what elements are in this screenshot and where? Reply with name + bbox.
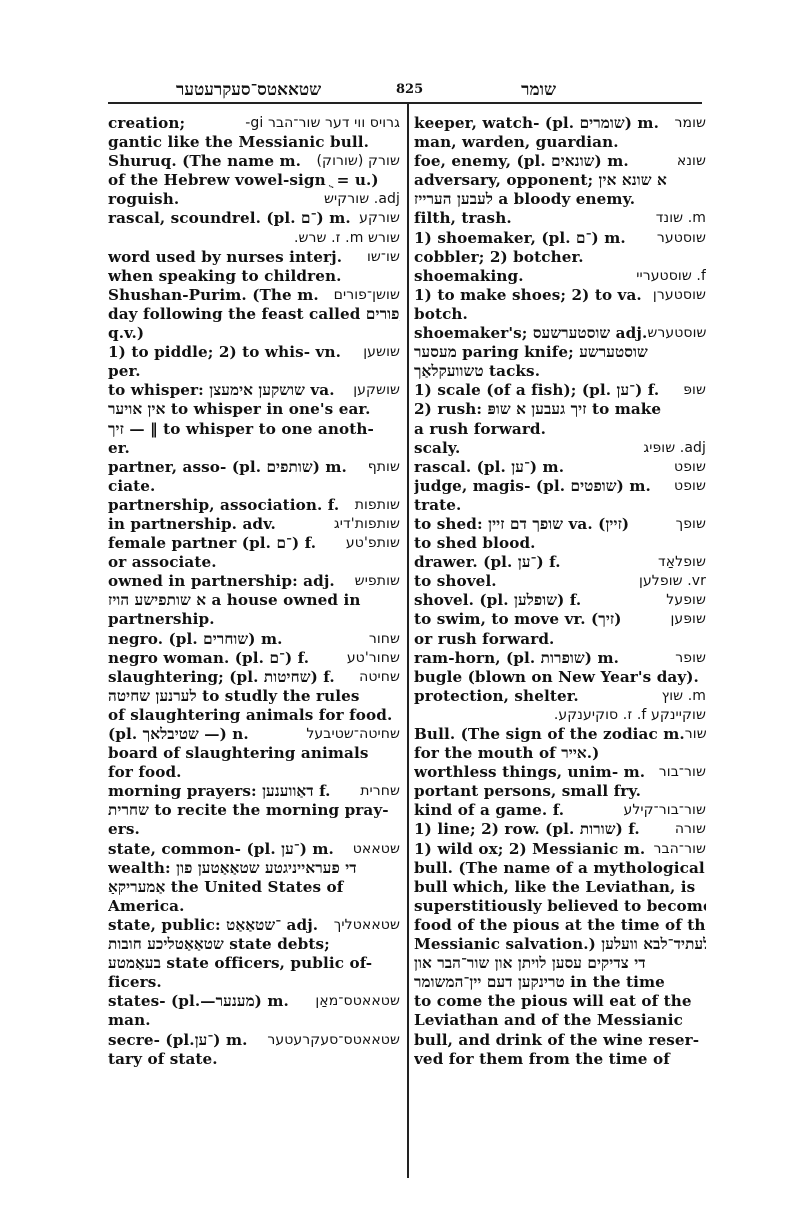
entry-definition: to swim, to move vr. (זיך) [414,610,622,629]
dictionary-line: word used by nurses interj.שו־שו [108,248,400,267]
entry-definition: for the mouth of אייר.) [414,744,599,762]
entry-definition: bugle (blown on New Year's day). [414,668,699,686]
entry-headword: שופּ [683,381,706,400]
entry-definition: negro. (pl. שוחרים) m. [108,630,283,649]
dictionary-line: partner, asso- (pl. שותפים) m.שותף [108,458,400,477]
entry-definition: bull. (The name of a mythological [414,859,705,877]
entry-definition: ficers. [108,973,162,991]
entry-definition: טרינקען דעם יין־המשומר in the time [414,973,665,991]
dictionary-line: to shed blood. [414,534,706,553]
entry-definition: מעסער paring knife; שוסטערשע [414,343,648,361]
entry-definition: kind of a game. f. [414,801,564,820]
dictionary-line: America. [108,897,400,916]
entry-definition: superstitiously believed to become the [414,897,706,915]
entry-definition: 1) wild ox; 2) Messianic m. [414,840,645,859]
running-header: שטאאטס־סעקרעטער 825 שומר [108,76,702,104]
dictionary-line: rascal. (pl. ־ען) m.שופט [414,458,706,477]
entry-headword: שושן־פורים [334,286,400,305]
entry-headword: שורק (שורוק) [316,152,400,171]
dictionary-line: adversary, opponent; א שונא אין [414,171,706,190]
entry-definition: foe, enemy, (pl. שונאים) m. [414,152,629,171]
dictionary-line: when speaking to children. [108,267,400,286]
entry-definition: בעאַמטע state officers, public of- [108,954,372,972]
entry-definition: gantic like the Messianic bull. [108,133,369,151]
entry-definition: זיך — ‖ to whisper to one anoth- [108,420,374,438]
entry-definition: a rush forward. [414,420,546,438]
dictionary-line: to whisper: שושקען אימעצן va.שושקען [108,381,400,400]
entry-definition: wealth: די פעראייניגטע שטאַאַטען פון [108,859,357,877]
entry-definition: לערנען שחיטה to studly the rules [108,687,360,705]
entry-headword: גרויס ווי דער שור־הבר gi- [245,114,400,133]
dictionary-line: of the Hebrew vowel-sign ֻ = u.) [108,171,400,190]
entry-definition: to come the pious will eat of the [414,992,692,1010]
dictionary-line: מעסער paring knife; שוסטערשע [414,343,706,362]
dictionary-line: שטאַאַטליכע חובות state debts; [108,935,400,954]
entry-definition: ved for them from the time of [414,1050,670,1068]
dictionary-line: drawer. (pl. ־ען) f.שופלאַד [414,553,706,572]
left-column: creation;גרויס ווי דער שור־הבר gi-gantic… [108,114,400,1069]
entry-definition: rascal. (pl. ־ען) m. [414,458,564,477]
entry-definition: or associate. [108,553,217,571]
entry-definition: trate. [414,496,461,514]
entry-definition: (pl. שטיבלאך —) n. [108,725,249,744]
dictionary-line: to shovel.vr. שופלען [414,572,706,591]
entry-headword: שותפות [355,496,400,515]
entry-headword: vr. שופלען [639,572,706,591]
dictionary-line: לערנען שחיטה to studly the rules [108,687,400,706]
dictionary-line: 1) to piddle; 2) to whis- vn.שושען [108,343,400,362]
entry-definition: word used by nurses interj. [108,248,342,267]
dictionary-line: day following the feast called פורים, [108,305,400,324]
dictionary-line: board of slaughtering animals [108,744,400,763]
entry-definition: Bull. (The sign of the zodiac m. [414,725,685,744]
entry-definition: Shushan-Purim. (The m. [108,286,319,305]
dictionary-line: tary of state. [108,1050,400,1069]
entry-definition: שטאַאַטליכע חובות state debts; [108,935,330,953]
entry-definition: er. [108,439,130,457]
entry-definition: partnership. [108,610,215,628]
dictionary-line: state, common- (pl. ־ען) m.שטאאט [108,840,400,859]
entry-definition: state, public: ־שטאַאַט adj. [108,916,318,935]
entry-headword: שוקיינקע f. ז. סוקיענקע. [554,706,706,725]
dictionary-line: שוקיינקע f. ז. סוקיענקע. [414,706,706,725]
dictionary-line: 1) shoemaker, (pl. ־ם) m.שוסטער [414,229,706,248]
entry-definition: ciate. [108,477,155,495]
entry-definition: man. [108,1011,151,1029]
entry-headword: שחור [369,630,400,649]
dictionary-line: טרינקען דעם יין־המשומר in the time [414,973,706,992]
entry-definition: Messianic salvation.) לעתיד־לבא וועלען [414,935,706,953]
entry-headword: שושען [363,343,400,362]
entry-definition: shovel. (pl. שופלען) f. [414,591,581,610]
entry-definition: 1) shoemaker, (pl. ־ם) m. [414,229,626,248]
entry-definition: אַמעריקאַ the United States of [108,878,343,896]
dictionary-line: in partnership. adv.שותפות'דיג [108,515,400,534]
entry-definition: rascal, scoundrel. (pl. ־ם) m. [108,209,351,228]
entry-definition: in partnership. adv. [108,515,276,534]
entry-definition: ers. [108,820,140,838]
entry-definition: די צדיקים עסען לויתן און שור־הבר און [414,954,646,972]
dictionary-line: kind of a game. f.שור־בור־קילע [414,801,706,820]
dictionary-line: scaly.adj. שופּיג [414,439,706,458]
entry-definition: filth, trash. [414,209,512,228]
dictionary-line: or associate. [108,553,400,572]
entry-definition: states- (pl.—מענער) m. [108,992,289,1011]
entry-definition: ram-horn, (pl. שופרות) m. [414,649,619,668]
entry-definition: to shed blood. [414,534,536,552]
dictionary-line: q.v.) [108,324,400,343]
entry-headword: שטאאט [353,840,400,859]
entry-definition: scaly. [414,439,460,458]
dictionary-line: worthless things, unim- m.שור־בור [414,763,706,782]
dictionary-line: שחרית to recite the morning pray- [108,801,400,820]
dictionary-line: secre- (pl.־ען) m.שטאאטס־סעקרעטער [108,1031,400,1050]
entry-definition: 2) rush: זיך געבען א שופּ to make [414,400,661,418]
dictionary-line: female partner (pl. ־ם) f.שותפ'טע [108,534,400,553]
dictionary-line: bull which, like the Leviathan, is [414,878,706,897]
dictionary-line: די צדיקים עסען לויתן און שור־הבר און [414,954,706,973]
entry-headword: שטאאטליך [334,916,400,935]
entry-headword: שופעל [666,591,706,610]
dictionary-line: to shed: שופך דם זיין va. (זיין)שופך [414,515,706,534]
dictionary-line: for the mouth of אייר.) [414,744,706,763]
dictionary-line: portant persons, small fry. [414,782,706,801]
dictionary-line: Bull. (The sign of the zodiac m.שור [414,725,706,744]
entry-definition: state, common- (pl. ־ען) m. [108,840,334,859]
entry-definition: bull which, like the Leviathan, is [414,878,695,896]
entry-definition: 1) line; 2) row. (pl. שורות) f. [414,820,640,839]
entry-headword: m. שונד [656,209,706,228]
dictionary-line: טשוועקלאַך tacks. [414,362,706,381]
entry-definition: America. [108,897,184,915]
entry-headword: שורה [675,820,706,839]
dictionary-line: ved for them from the time of [414,1050,706,1069]
entry-headword: שופר [675,649,706,668]
dictionary-line: bugle (blown on New Year's day). [414,668,706,687]
dictionary-line: partnership. [108,610,400,629]
entry-headword: adj. שורקיש [324,190,400,209]
dictionary-line: אַמעריקאַ the United States of [108,878,400,897]
entry-headword: שחיטה־שטיבעל [306,725,400,744]
page-number: 825 [396,82,423,97]
entry-definition: טשוועקלאַך tacks. [414,362,540,380]
dictionary-line: botch. [414,305,706,324]
dictionary-line: gantic like the Messianic bull. [108,133,400,152]
dictionary-line: לעבען הערייז a bloody enemy. [414,190,706,209]
dictionary-line: er. [108,439,400,458]
entry-definition: when speaking to children. [108,267,342,285]
entry-definition: partner, asso- (pl. שותפים) m. [108,458,347,477]
dictionary-line: judge, magis- (pl. שופטים) m.שופט [414,477,706,496]
dictionary-line: slaughtering; (pl. שחיטות) f.שחיטה [108,668,400,687]
dictionary-line: wealth: די פעראייניגטע שטאַאַטען פון [108,859,400,878]
entry-headword: שופּען [670,610,706,629]
dictionary-line: ficers. [108,973,400,992]
entry-headword: m. שוץ [662,687,706,706]
entry-definition: Shuruq. (The name m. [108,152,301,171]
dictionary-line: to come the pious will eat of the [414,992,706,1011]
entry-headword: adj. שופּיג [643,439,706,458]
dictionary-line: Messianic salvation.) לעתיד־לבא וועלען [414,935,706,954]
dictionary-line: ram-horn, (pl. שופרות) m.שופר [414,649,706,668]
entry-headword: שומר [674,114,706,133]
entry-headword: שופט [674,458,706,477]
dictionary-line: roguish.adj. שורקיש [108,190,400,209]
entry-definition: cobbler; 2) botcher. [414,248,584,266]
dictionary-line: shoemaker's; שוסטערשעס adj.שוסטערש [414,324,706,343]
entry-definition: q.v.) [108,324,144,342]
entry-definition: roguish. [108,190,179,209]
header-first-entry: שומר [521,80,556,100]
dictionary-line: ciate. [108,477,400,496]
dictionary-line: state, public: ־שטאַאַט adj.שטאאטליך [108,916,400,935]
entry-definition: negro woman. (pl. ־ם) f. [108,649,309,668]
entry-headword: שו־שו [367,248,400,267]
dictionary-line: 1) to make shoes; 2) to va.שוסטערן [414,286,706,305]
dictionary-line: א שותפישע הויז a house owned in [108,591,400,610]
dictionary-line: to swim, to move vr. (זיך)שופּען [414,610,706,629]
entry-headword: שופך [676,515,706,534]
entry-definition: botch. [414,305,468,323]
entry-headword: שושקען [353,381,400,400]
entry-definition: owned in partnership: adj. [108,572,335,591]
dictionary-line: for food. [108,763,400,782]
entry-headword: שותפות'דיג [334,515,400,534]
entry-definition: portant persons, small fry. [414,782,641,800]
entry-definition: shoemaker's; שוסטערשעס adj. [414,324,647,343]
entry-headword: שור־בור־קילע [623,801,706,820]
dictionary-line: bull. (The name of a mythological [414,859,706,878]
dictionary-line: Leviathan and of the Messianic [414,1011,706,1030]
dictionary-page: שטאאטס־סעקרעטער 825 שומר creation;גרויס … [108,76,702,104]
entry-definition: secre- (pl.־ען) m. [108,1031,248,1050]
entry-headword: שוסטערן [653,286,706,305]
entry-definition: morning prayers: דאַווענען f. [108,782,331,801]
dictionary-line: rascal, scoundrel. (pl. ־ם) m.שורקע [108,209,400,228]
entry-definition: man, warden, guardian. [414,133,619,151]
entry-definition: or rush forward. [414,630,554,648]
entry-definition: shoemaking. [414,267,524,286]
entry-headword: שונא [677,152,706,171]
dictionary-line: ers. [108,820,400,839]
entry-definition: drawer. (pl. ־ען) f. [414,553,561,572]
entry-definition: keeper, watch- (pl. שומרים) m. [414,114,659,133]
dictionary-line: a rush forward. [414,420,706,439]
dictionary-line: foe, enemy, (pl. שונאים) m.שונא [414,152,706,171]
dictionary-line: keeper, watch- (pl. שומרים) m.שומר [414,114,706,133]
entry-headword: שורקע [359,209,400,228]
entry-headword: שטאאטס־מאַן [315,992,400,1011]
entry-definition: protection, shelter. [414,687,579,706]
entry-definition: 1) scale (of a fish); (pl. ־ען) f. [414,381,659,400]
entry-definition: for food. [108,763,182,781]
dictionary-line: 1) line; 2) row. (pl. שורות) f.שורה [414,820,706,839]
dictionary-line: shoemaking.f. שוסטעריי [414,267,706,286]
entry-headword: שחיטה [359,668,400,687]
dictionary-line: man, warden, guardian. [414,133,706,152]
dictionary-line: negro. (pl. שוחרים) m.שחור [108,630,400,649]
entry-definition: slaughtering; (pl. שחיטות) f. [108,668,335,687]
dictionary-line: protection, shelter.m. שוץ [414,687,706,706]
entry-definition: board of slaughtering animals [108,744,369,762]
entry-headword: שור־בור [659,763,706,782]
dictionary-line: 1) wild ox; 2) Messianic m.שור־הבר [414,840,706,859]
entry-headword: שותפיש [355,572,400,591]
dictionary-line: שורש m. ז. שרש. [108,229,400,248]
dictionary-line: bull, and drink of the wine reser- [414,1031,706,1050]
entry-definition: food of the pious at the time of the [414,916,706,934]
entry-headword: שורש m. ז. שרש. [294,229,400,248]
dictionary-line: trate. [414,496,706,515]
dictionary-line: food of the pious at the time of the [414,916,706,935]
dictionary-line: per. [108,362,400,381]
entry-definition: 1) to make shoes; 2) to va. [414,286,642,305]
entry-definition: to shovel. [414,572,497,591]
entry-headword: שותפ'טע [346,534,400,553]
dictionary-line: בעאַמטע state officers, public of- [108,954,400,973]
entry-headword: שור־הבר [653,840,706,859]
dictionary-line: owned in partnership: adj.שותפיש [108,572,400,591]
entry-definition: א שותפישע הויז a house owned in [108,591,361,609]
entry-definition: of the Hebrew vowel-sign ֻ = u.) [108,171,379,189]
entry-definition: Leviathan and of the Messianic [414,1011,683,1029]
dictionary-line: morning prayers: דאַווענען f.שחרית [108,782,400,801]
dictionary-line: creation;גרויס ווי דער שור־הבר gi- [108,114,400,133]
dictionary-line: negro woman. (pl. ־ם) f.שחור'טע [108,649,400,668]
entry-headword: שוסטער [657,229,706,248]
entry-definition: per. [108,362,141,380]
entry-definition: tary of state. [108,1050,218,1068]
entry-headword: f. שוסטעריי [636,267,706,286]
entry-definition: judge, magis- (pl. שופטים) m. [414,477,651,496]
entry-headword: שופלאַד [658,553,706,572]
entry-definition: creation; [108,114,185,133]
dictionary-line: shovel. (pl. שופלען) f.שופעל [414,591,706,610]
dictionary-line: 1) scale (of a fish); (pl. ־ען) f.שופּ [414,381,706,400]
dictionary-line: cobbler; 2) botcher. [414,248,706,267]
dictionary-line: of slaughtering animals for food. [108,706,400,725]
entry-headword: שחרית [360,782,400,801]
right-column: keeper, watch- (pl. שומרים) m.שומרman, w… [414,114,706,1069]
dictionary-line: partnership, association. f.שותפות [108,496,400,515]
entry-headword: שור [685,725,706,744]
dictionary-line: זיך — ‖ to whisper to one anoth- [108,420,400,439]
entry-headword: שוסטערש [647,324,706,343]
header-last-entry: שטאאטס־סעקרעטער [176,80,321,100]
dictionary-line: or rush forward. [414,630,706,649]
entry-headword: שחור'טע [347,649,400,668]
dictionary-line: filth, trash.m. שונד [414,209,706,228]
entry-definition: partnership, association. f. [108,496,339,515]
dictionary-line: states- (pl.—מענער) m.שטאאטס־מאַן [108,992,400,1011]
dictionary-line: אין אויער to whisper in one's ear. [108,400,400,419]
dictionary-line: (pl. שטיבלאך —) n.שחיטה־שטיבעל [108,725,400,744]
dictionary-line: Shuruq. (The name m.שורק (שורוק) [108,152,400,171]
dictionary-line: man. [108,1011,400,1030]
dictionary-line: 2) rush: זיך געבען א שופּ to make [414,400,706,419]
entry-headword: שותף [368,458,400,477]
entry-definition: female partner (pl. ־ם) f. [108,534,316,553]
entry-definition: 1) to piddle; 2) to whis- vn. [108,343,341,362]
entry-definition: bull, and drink of the wine reser- [414,1031,699,1049]
entry-definition: שחרית to recite the morning pray- [108,801,389,819]
entry-definition: אין אויער to whisper in one's ear. [108,400,371,418]
dictionary-line: Shushan-Purim. (The m.שושן־פורים [108,286,400,305]
entry-definition: to shed: שופך דם זיין va. (זיין) [414,515,629,534]
column-divider [407,104,409,1178]
entry-definition: לעבען הערייז a bloody enemy. [414,190,635,208]
entry-headword: שטאאטס־סעקרעטער [267,1031,400,1050]
entry-definition: adversary, opponent; א שונא אין [414,171,667,189]
dictionary-line: superstitiously believed to become the [414,897,706,916]
entry-definition: worthless things, unim- m. [414,763,645,782]
entry-definition: to whisper: שושקען אימעצן va. [108,381,335,400]
entry-headword: שופט [674,477,706,496]
entry-definition: day following the feast called פורים, [108,305,400,323]
entry-definition: of slaughtering animals for food. [108,706,392,724]
